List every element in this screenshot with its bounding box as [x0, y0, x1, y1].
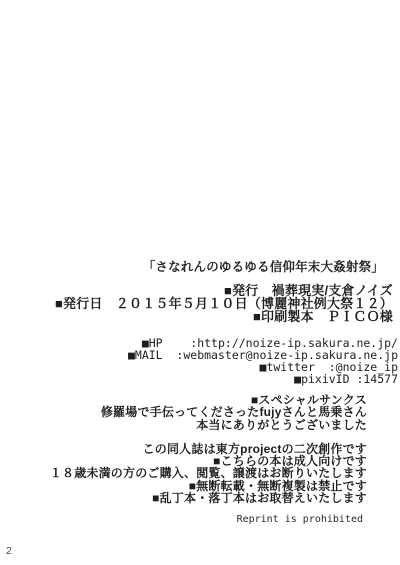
- legal-notices: この同人誌は東方projectの二次創作です ■こちらの本は成人向けです １８歳…: [50, 443, 367, 504]
- misprint-exchange-notice: ■乱丁本・落丁本はお取替えいたします: [50, 492, 367, 504]
- no-reproduction-notice: ■無断転載・無断複製は禁止です: [50, 480, 367, 492]
- age-restriction-notice: １８歳未満の方のご購入、閲覧、譲渡はお断りいたします: [50, 467, 367, 479]
- pixiv-id: ■pixivID :14577: [128, 373, 398, 385]
- special-thanks: ■スペシャルサンクス 修羅場で手伝ってくださったfujyさんと馬乗さん 本当にあ…: [101, 394, 367, 431]
- book-title: 「さなれんのゆるゆる信仰年末大姦射祭」: [143, 260, 384, 274]
- special-thanks-message: 本当にありがとうございました: [101, 419, 367, 431]
- contact-info: ■HP :http://noize-ip.sakura.ne.jp/ ■MAIL…: [128, 337, 398, 385]
- reprint-prohibited-notice: Reprint is prohibited: [237, 514, 363, 525]
- special-thanks-names: 修羅場で手伝ってくださったfujyさんと馬乗さん: [101, 406, 367, 418]
- page-number: 2: [6, 545, 12, 557]
- publication-info: ■発行 禍葬現実/支倉ノイズ ■発行日 ２０１５年５月１０日（博麗神社例大祭１２…: [55, 284, 393, 323]
- printer-line: ■印刷製本 ＰＩＣＯ様: [55, 310, 393, 323]
- colophon-page: 「さなれんのゆるゆる信仰年末大姦射祭」 ■発行 禍葬現実/支倉ノイズ ■発行日 …: [0, 0, 400, 565]
